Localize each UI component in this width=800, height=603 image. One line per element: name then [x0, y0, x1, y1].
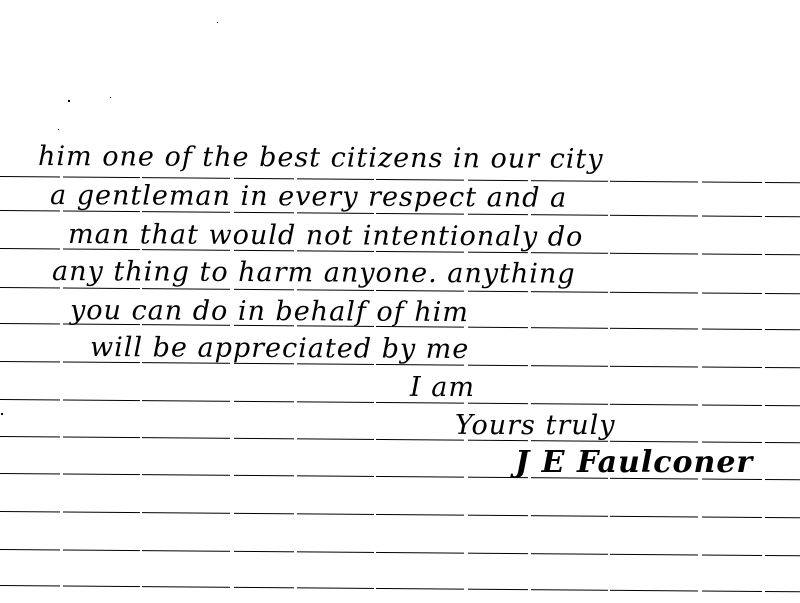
- scan-speck: [110, 97, 111, 98]
- letter-line-4: any thing to harm anyone. anything: [52, 258, 576, 288]
- closing-yours-truly: Yours truly: [455, 412, 616, 439]
- ruled-line: [0, 399, 800, 406]
- ruled-line: [0, 511, 800, 518]
- ruled-line: [0, 549, 800, 556]
- letter-line-6: will be appreciated by me: [90, 334, 469, 363]
- letter-page: him one of the best citizens in our city…: [0, 0, 800, 603]
- letter-line-5: you can do in behalf of him: [70, 297, 469, 326]
- scan-speck: [58, 129, 59, 130]
- closing-i-am: I am: [410, 374, 475, 401]
- letter-line-1: him one of the best citizens in our city: [38, 143, 758, 174]
- scan-speck: [1, 413, 3, 415]
- ruled-line: [0, 585, 800, 592]
- letter-line-2: a gentleman in every respect and a: [50, 182, 567, 212]
- ruled-line: [0, 436, 800, 443]
- scan-speck: [68, 100, 70, 102]
- letter-line-3: man that would not intentionaly do: [68, 221, 583, 251]
- signature: J E Faulconer: [515, 448, 753, 478]
- scan-speck: [217, 22, 218, 23]
